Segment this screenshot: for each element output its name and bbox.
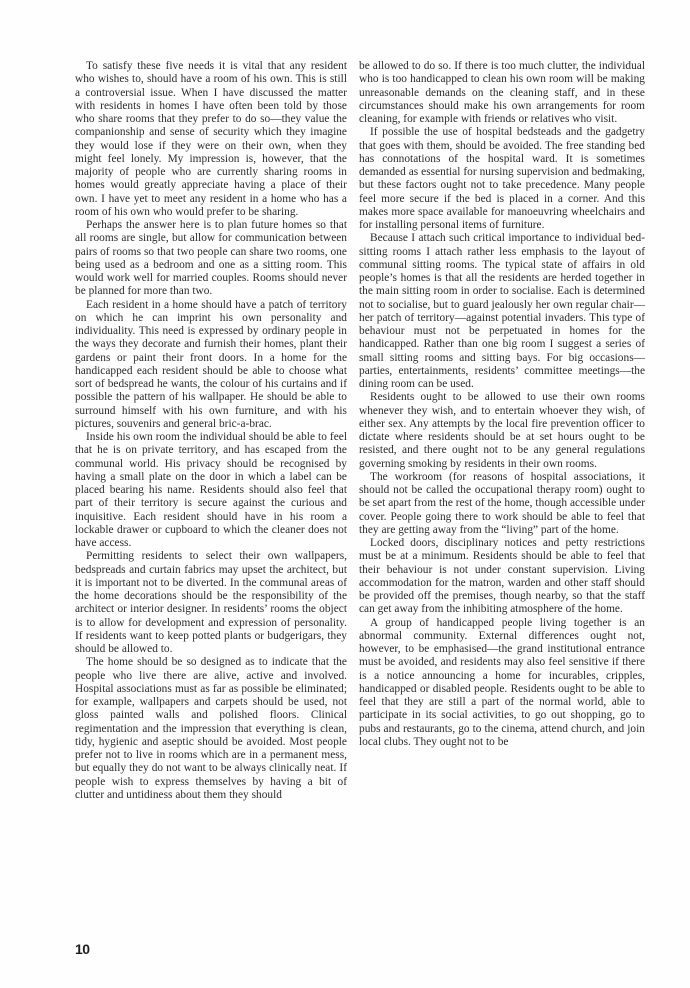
paragraph-abnormal-community: A group of handicapped people living tog… <box>359 617 645 750</box>
paragraph-home-design: The home should be so designed as to ind… <box>75 656 347 802</box>
left-column: To satisfy these five needs it is vital … <box>75 60 347 802</box>
document-page: To satisfy these five needs it is vital … <box>0 0 690 988</box>
paragraph-locked-doors: Locked doors, disciplinary notices and p… <box>359 537 645 617</box>
paragraph-bedsteads: If possible the use of hospital bedstead… <box>359 126 645 232</box>
paragraph-private-territory: Inside his own room the individual shoul… <box>75 431 347 550</box>
right-column: be allowed to do so. If there is too muc… <box>359 60 645 749</box>
paragraph-territory: Each resident in a home should have a pa… <box>75 299 347 432</box>
paragraph-single-rooms: Perhaps the answer here is to plan futur… <box>75 219 347 299</box>
page-number: 10 <box>75 941 90 957</box>
paragraph-satisfy-needs: To satisfy these five needs it is vital … <box>75 60 347 219</box>
paragraph-own-rooms: Residents ought to be allowed to use the… <box>359 391 645 471</box>
paragraph-workroom: The workroom (for reasons of hospital as… <box>359 471 645 537</box>
paragraph-clutter-continued: be allowed to do so. If there is too muc… <box>359 60 645 126</box>
paragraph-wallpapers: Permitting residents to select their own… <box>75 550 347 656</box>
paragraph-sitting-rooms: Because I attach such critical importanc… <box>359 232 645 391</box>
